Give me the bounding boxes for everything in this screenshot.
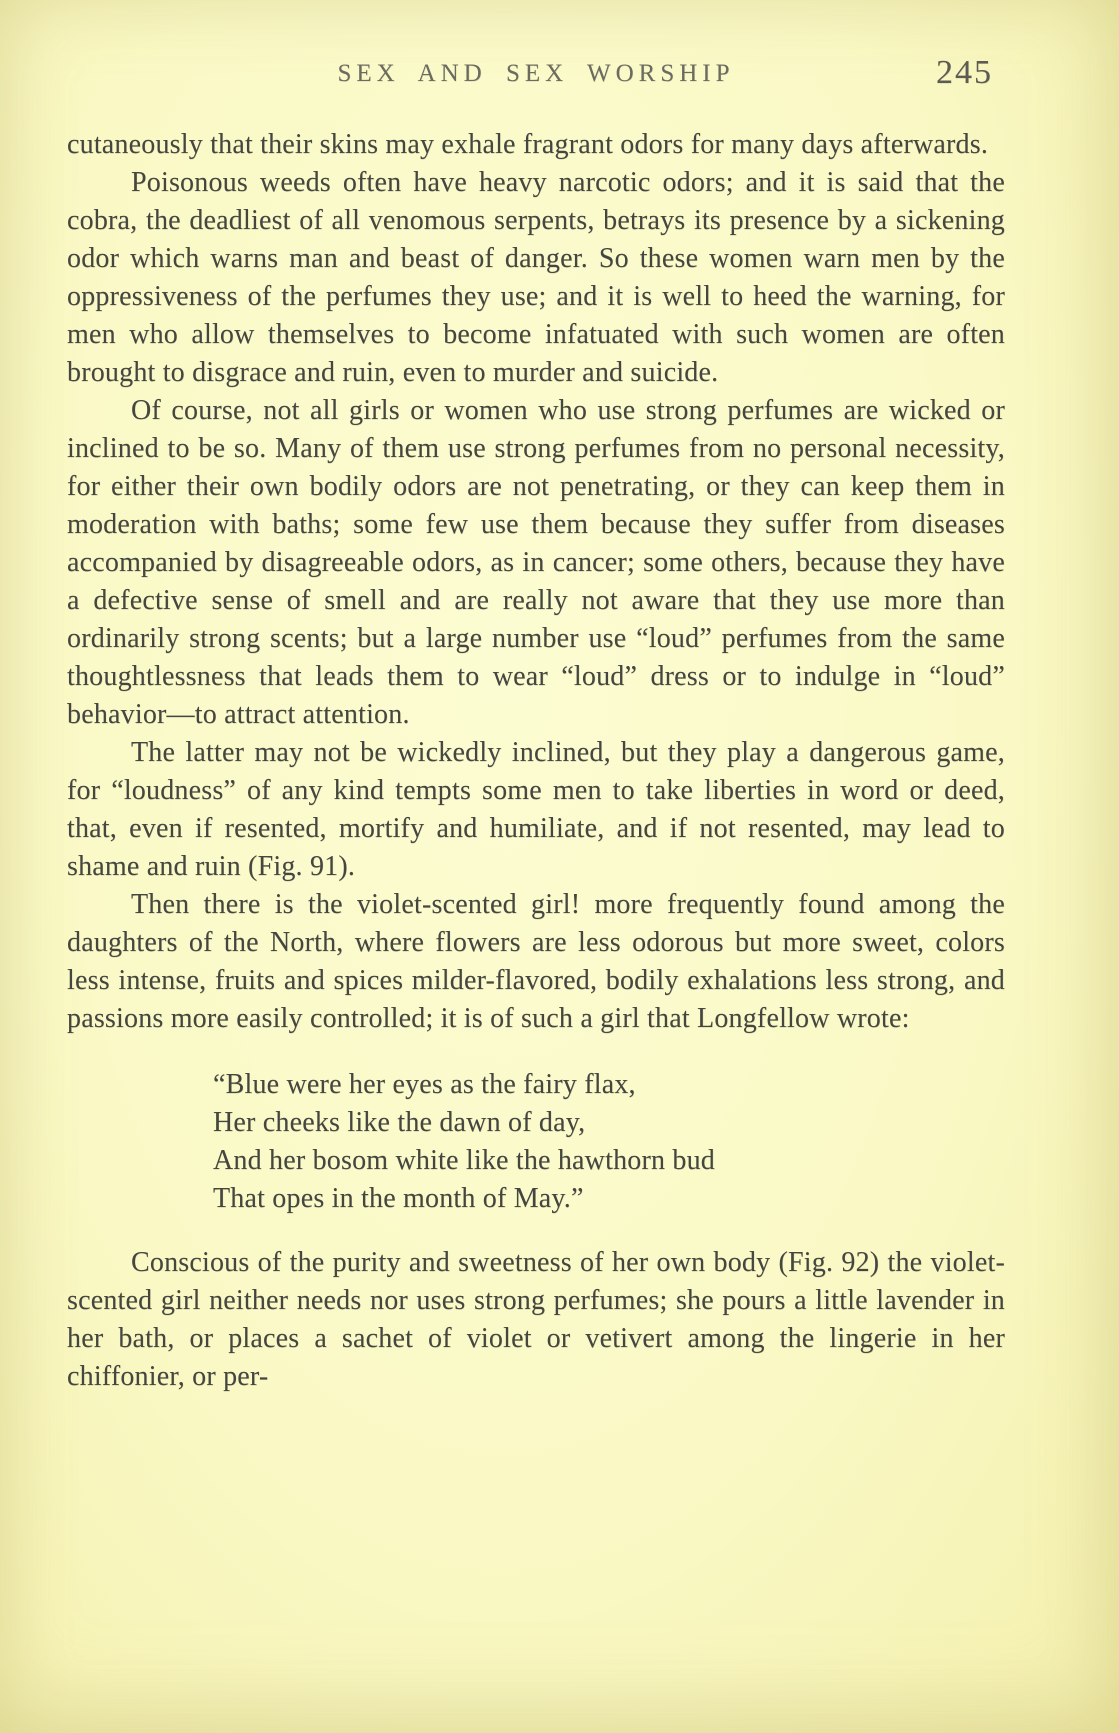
poem-quote: “Blue were her eyes as the fairy flax, H… (213, 1066, 1005, 1218)
running-header: SEX AND SEX WORSHIP 245 (67, 60, 1005, 104)
paragraph-of-course: Of course, not all girls or women who us… (67, 392, 1005, 734)
paragraph-poisonous-weeds: Poisonous weeds often have heavy narcoti… (67, 164, 1005, 392)
book-page: SEX AND SEX WORSHIP 245 cutaneously that… (0, 0, 1119, 1733)
paragraph-continuation: cutaneously that their skins may exhale … (67, 126, 1005, 164)
body-text: cutaneously that their skins may exhale … (67, 126, 1005, 1396)
paragraph-conscious-purity: Conscious of the purity and sweetness of… (67, 1244, 1005, 1396)
page-number: 245 (936, 54, 993, 92)
poem-line: And her bosom white like the hawthorn bu… (213, 1142, 1005, 1180)
paragraph-violet-scented-girl: Then there is the violet-scented girl! m… (67, 886, 1005, 1038)
running-title: SEX AND SEX WORSHIP (67, 60, 1005, 88)
poem-line: “Blue were her eyes as the fairy flax, (213, 1066, 1005, 1104)
poem-line: That opes in the month of May.” (213, 1180, 1005, 1218)
paragraph-the-latter: The latter may not be wickedly inclined,… (67, 734, 1005, 886)
poem-line: Her cheeks like the dawn of day, (213, 1104, 1005, 1142)
